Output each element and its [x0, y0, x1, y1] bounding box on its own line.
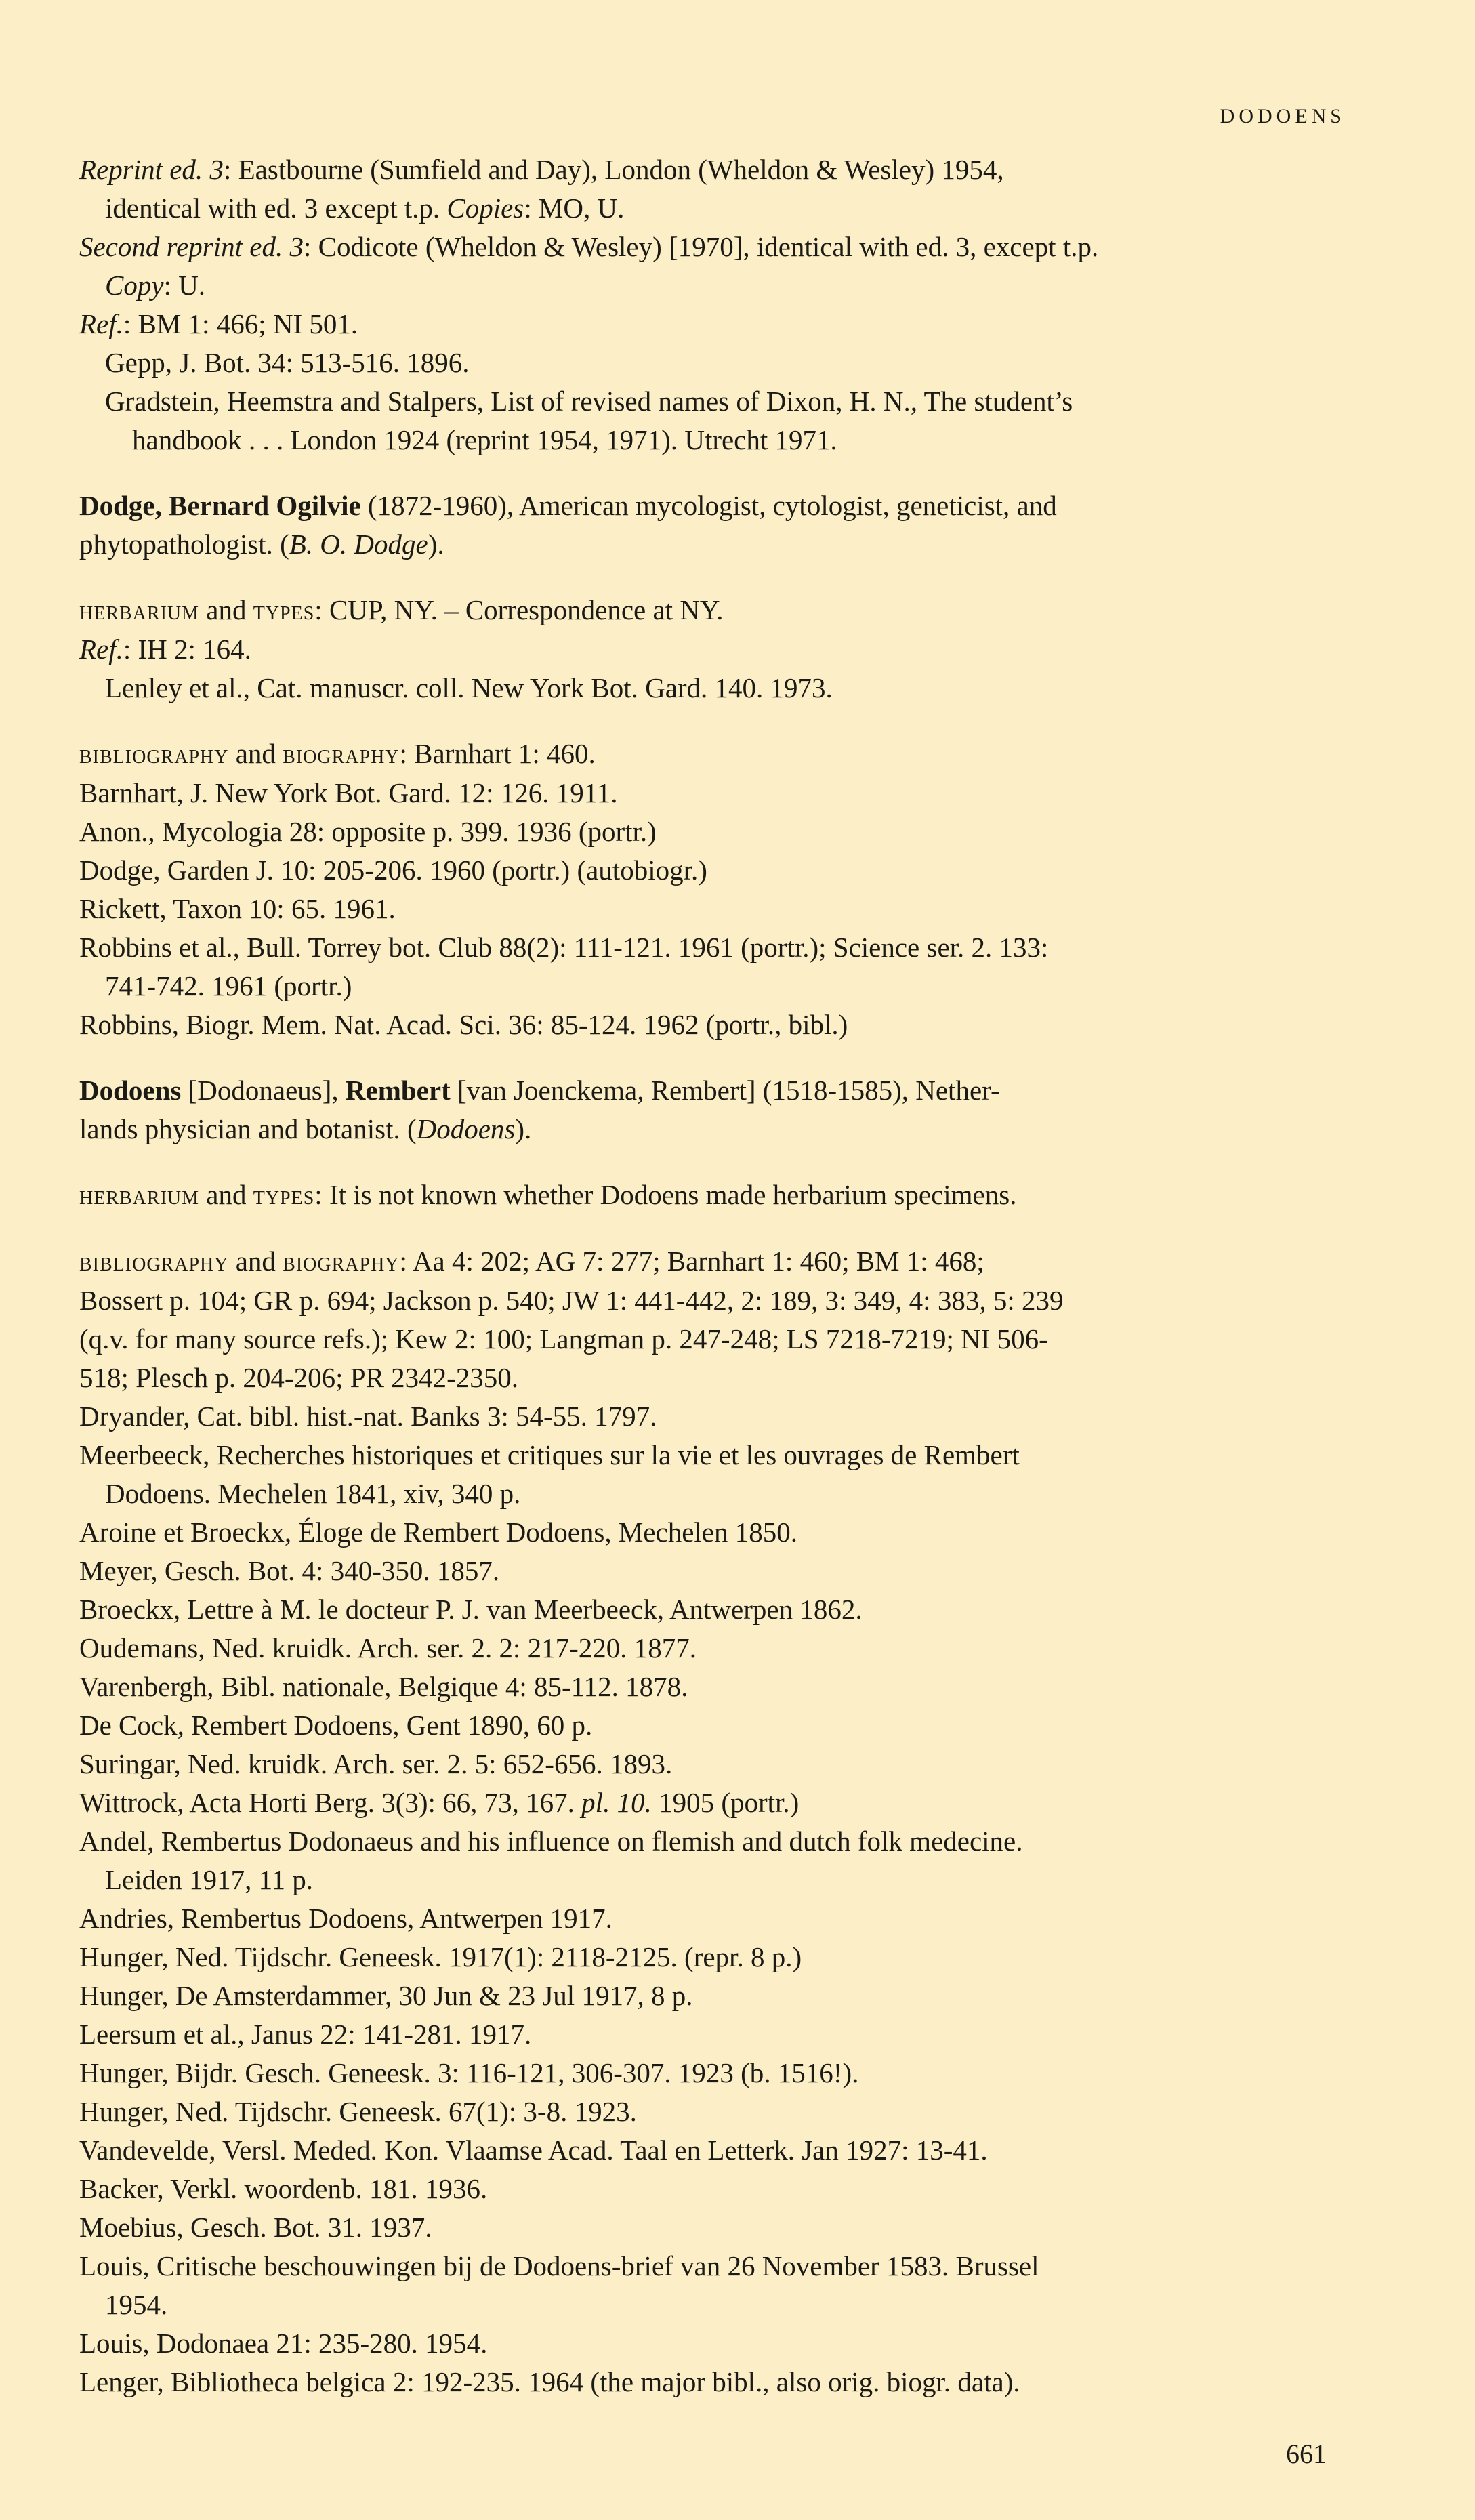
text-line: Barnhart, J. New York Bot. Gard. 12: 126…	[79, 774, 1344, 812]
section-label: bibliography	[79, 1247, 228, 1277]
text-segment: Gepp, J. Bot. 34: 513-516. 1896.	[105, 347, 470, 378]
text-segment: Gradstein, Heemstra and Stalpers, List o…	[105, 386, 1073, 417]
section-label: biography	[283, 739, 399, 769]
text-line: Leiden 1917, 11 p.	[79, 1861, 1344, 1899]
section-label: herbarium	[79, 596, 199, 625]
text-segment: and	[199, 594, 253, 625]
text-line: bibliography and biography: Barnhart 1: …	[79, 735, 1344, 774]
text-line: Moebius, Gesch. Bot. 31. 1937.	[79, 2208, 1344, 2247]
text-segment: : CUP, NY. – Correspondence at NY.	[314, 594, 723, 625]
text-line: Suringar, Ned. kruidk. Arch. ser. 2. 5: …	[79, 1745, 1344, 1783]
paragraph-block: bibliography and biography: Aa 4: 202; A…	[79, 1242, 1344, 2401]
text-segment: : Codicote (Wheldon & Wesley) [1970], id…	[304, 231, 1098, 262]
text-segment: Copy	[105, 270, 164, 301]
text-segment: Andries, Rembertus Dodoens, Antwerpen 19…	[79, 1903, 612, 1934]
text-line: handbook . . . London 1924 (reprint 1954…	[79, 421, 1344, 459]
text-segment: lands physician and botanist. (	[79, 1113, 417, 1144]
text-line: Andries, Rembertus Dodoens, Antwerpen 19…	[79, 1899, 1344, 1938]
text-line: Hunger, De Amsterdammer, 30 Jun & 23 Jul…	[79, 1977, 1344, 2015]
text-segment: Meerbeeck, Recherches historiques et cri…	[79, 1439, 1020, 1470]
text-segment: Rickett, Taxon 10: 65. 1961.	[79, 893, 396, 924]
paragraph-block: herbarium and types: CUP, NY. – Correspo…	[79, 591, 1344, 707]
text-line: Meyer, Gesch. Bot. 4: 340-350. 1857.	[79, 1552, 1344, 1590]
text-line: Broeckx, Lettre à M. le docteur P. J. va…	[79, 1590, 1344, 1629]
text-segment: De Cock, Rembert Dodoens, Gent 1890, 60 …	[79, 1710, 592, 1741]
text-line: Anon., Mycologia 28: opposite p. 399. 19…	[79, 812, 1344, 851]
text-segment: Lenger, Bibliotheca belgica 2: 192-235. …	[79, 2366, 1020, 2397]
text-line: herbarium and types: CUP, NY. – Correspo…	[79, 591, 1344, 630]
text-segment: phytopathologist. (	[79, 529, 289, 560]
text-segment: : It is not known whether Dodoens made h…	[314, 1179, 1016, 1210]
text-segment: Copies	[446, 192, 524, 224]
text-segment: Dryander, Cat. bibl. hist.-nat. Banks 3:…	[79, 1401, 657, 1432]
text-line: Dodoens [Dodonaeus], Rembert [van Joenck…	[79, 1071, 1344, 1110]
text-segment: 741-742. 1961 (portr.)	[105, 970, 352, 1001]
text-segment: Meyer, Gesch. Bot. 4: 340-350. 1857.	[79, 1555, 499, 1586]
text-segment: Reprint ed. 3	[79, 154, 224, 185]
text-line: Dodge, Bernard Ogilvie (1872-1960), Amer…	[79, 487, 1344, 525]
text-segment: Oudemans, Ned. kruidk. Arch. ser. 2. 2: …	[79, 1632, 697, 1664]
text-segment: Bossert p. 104; GR p. 694; Jackson p. 54…	[79, 1285, 1063, 1316]
entry-heading: Dodoens	[79, 1075, 181, 1106]
text-segment: Hunger, Bijdr. Gesch. Geneesk. 3: 116-12…	[79, 2057, 858, 2088]
text-segment: [van Joenckema, Rembert] (1518-1585), Ne…	[451, 1075, 1000, 1106]
text-segment: (1872-1960), American mycologist, cytolo…	[361, 490, 1057, 521]
text-line: identical with ed. 3 except t.p. Copies:…	[79, 189, 1344, 228]
text-line: 1954.	[79, 2286, 1344, 2324]
text-line: De Cock, Rembert Dodoens, Gent 1890, 60 …	[79, 1706, 1344, 1745]
section-label: bibliography	[79, 739, 228, 769]
text-segment: Leersum et al., Janus 22: 141-281. 1917.	[79, 2019, 531, 2050]
text-line: (q.v. for many source refs.); Kew 2: 100…	[79, 1320, 1344, 1359]
text-line: herbarium and types: It is not known whe…	[79, 1176, 1344, 1215]
text-segment: 1954.	[105, 2289, 167, 2320]
text-segment: Robbins, Biogr. Mem. Nat. Acad. Sci. 36:…	[79, 1009, 848, 1040]
text-line: lands physician and botanist. (Dodoens).	[79, 1110, 1344, 1149]
text-segment: Dodoens	[417, 1113, 516, 1144]
paragraph-block: Dodge, Bernard Ogilvie (1872-1960), Amer…	[79, 487, 1344, 564]
text-segment: 1905 (portr.)	[652, 1787, 799, 1818]
text-segment: Dodoens. Mechelen 1841, xiv, 340 p.	[105, 1478, 520, 1509]
text-segment: and	[228, 738, 283, 769]
text-segment: Aroine et Broeckx, Éloge de Rembert Dodo…	[79, 1516, 797, 1548]
text-line: phytopathologist. (B. O. Dodge).	[79, 525, 1344, 564]
text-segment: Robbins et al., Bull. Torrey bot. Club 8…	[79, 932, 1048, 963]
text-segment: : BM 1: 466; NI 501.	[123, 308, 358, 339]
entry-heading: Dodge, Bernard Ogilvie	[79, 490, 361, 521]
text-line: Copy: U.	[79, 266, 1344, 305]
running-head: DODOENS	[1199, 103, 1346, 130]
text-segment: 518; Plesch p. 204-206; PR 2342-2350.	[79, 1362, 518, 1393]
text-line: Hunger, Ned. Tijdschr. Geneesk. 67(1): 3…	[79, 2092, 1344, 2131]
text-segment: ).	[515, 1113, 531, 1144]
text-line: Ref.: BM 1: 466; NI 501.	[79, 305, 1344, 344]
text-segment: Andel, Rembertus Dodonaeus and his influ…	[79, 1825, 1023, 1857]
page-number: 661	[1286, 2438, 1327, 2471]
text-segment: Ref.	[79, 634, 123, 665]
text-segment: Suringar, Ned. kruidk. Arch. ser. 2. 5: …	[79, 1748, 672, 1779]
text-line: Backer, Verkl. woordenb. 181. 1936.	[79, 2170, 1344, 2208]
text-line: Louis, Critische beschouwingen bij de Do…	[79, 2247, 1344, 2286]
text-line: Hunger, Ned. Tijdschr. Geneesk. 1917(1):…	[79, 1938, 1344, 1977]
text-segment: Barnhart, J. New York Bot. Gard. 12: 126…	[79, 777, 618, 808]
text-line: Louis, Dodonaea 21: 235-280. 1954.	[79, 2324, 1344, 2363]
text-segment: : IH 2: 164.	[123, 634, 251, 665]
text-segment: ).	[428, 529, 444, 560]
text-line: Gepp, J. Bot. 34: 513-516. 1896.	[79, 344, 1344, 382]
text-line: Robbins et al., Bull. Torrey bot. Club 8…	[79, 928, 1344, 967]
section-label: types	[253, 1180, 315, 1210]
text-line: Aroine et Broeckx, Éloge de Rembert Dodo…	[79, 1513, 1344, 1552]
text-segment: Louis, Dodonaea 21: 235-280. 1954.	[79, 2328, 487, 2359]
text-segment: pl. 10.	[581, 1787, 652, 1818]
text-segment: Second reprint ed. 3	[79, 231, 304, 262]
text-line: Bossert p. 104; GR p. 694; Jackson p. 54…	[79, 1281, 1344, 1320]
text-line: Reprint ed. 3: Eastbourne (Sumfield and …	[79, 150, 1344, 189]
text-segment: Louis, Critische beschouwingen bij de Do…	[79, 2250, 1039, 2281]
text-line: Leersum et al., Janus 22: 141-281. 1917.	[79, 2015, 1344, 2054]
text-line: Rickett, Taxon 10: 65. 1961.	[79, 890, 1344, 928]
section-label: biography	[283, 1247, 399, 1277]
text-line: Second reprint ed. 3: Codicote (Wheldon …	[79, 228, 1344, 266]
paragraph-block: Reprint ed. 3: Eastbourne (Sumfield and …	[79, 150, 1344, 459]
entry-heading: Rembert	[346, 1075, 451, 1106]
text-segment: B. O. Dodge	[289, 529, 428, 560]
text-line: Lenley et al., Cat. manuscr. coll. New Y…	[79, 669, 1344, 707]
paragraph-block: Dodoens [Dodonaeus], Rembert [van Joenck…	[79, 1071, 1344, 1149]
text-segment: Varenbergh, Bibl. nationale, Belgique 4:…	[79, 1671, 688, 1702]
text-line: Andel, Rembertus Dodonaeus and his influ…	[79, 1822, 1344, 1861]
text-segment: (q.v. for many source refs.); Kew 2: 100…	[79, 1323, 1048, 1355]
text-segment: identical with ed. 3 except t.p.	[105, 192, 446, 224]
paragraph-block: herbarium and types: It is not known whe…	[79, 1176, 1344, 1215]
text-segment: : Eastbourne (Sumfield and Day), London …	[224, 154, 1004, 185]
text-line: Wittrock, Acta Horti Berg. 3(3): 66, 73,…	[79, 1783, 1344, 1822]
text-segment: and	[228, 1245, 283, 1277]
text-segment: : U.	[164, 270, 206, 301]
text-segment: Wittrock, Acta Horti Berg. 3(3): 66, 73,…	[79, 1787, 581, 1818]
section-label: herbarium	[79, 1180, 199, 1210]
text-line: Dodge, Garden J. 10: 205-206. 1960 (port…	[79, 851, 1344, 890]
text-segment: Dodge, Garden J. 10: 205-206. 1960 (port…	[79, 854, 707, 886]
text-segment: Moebius, Gesch. Bot. 31. 1937.	[79, 2212, 432, 2243]
text-segment: Anon., Mycologia 28: opposite p. 399. 19…	[79, 816, 657, 847]
text-line: Oudemans, Ned. kruidk. Arch. ser. 2. 2: …	[79, 1629, 1344, 1668]
text-line: Hunger, Bijdr. Gesch. Geneesk. 3: 116-12…	[79, 2054, 1344, 2092]
text-segment: Hunger, De Amsterdammer, 30 Jun & 23 Jul…	[79, 1980, 692, 2011]
text-segment: Ref.	[79, 308, 123, 339]
paragraph-block: bibliography and biography: Barnhart 1: …	[79, 735, 1344, 1044]
text-segment: Vandevelde, Versl. Meded. Kon. Vlaamse A…	[79, 2134, 988, 2166]
text-segment: Backer, Verkl. woordenb. 181. 1936.	[79, 2173, 487, 2204]
text-line: Lenger, Bibliotheca belgica 2: 192-235. …	[79, 2363, 1344, 2401]
text-line: Gradstein, Heemstra and Stalpers, List o…	[79, 382, 1344, 421]
text-line: 518; Plesch p. 204-206; PR 2342-2350.	[79, 1359, 1344, 1397]
text-line: Meerbeeck, Recherches historiques et cri…	[79, 1436, 1344, 1474]
text-segment: Hunger, Ned. Tijdschr. Geneesk. 1917(1):…	[79, 1941, 802, 1972]
text-line: Robbins, Biogr. Mem. Nat. Acad. Sci. 36:…	[79, 1006, 1344, 1044]
text-segment: handbook . . . London 1924 (reprint 1954…	[132, 424, 837, 455]
text-line: bibliography and biography: Aa 4: 202; A…	[79, 1242, 1344, 1281]
text-segment: and	[199, 1179, 253, 1210]
text-line: Varenbergh, Bibl. nationale, Belgique 4:…	[79, 1668, 1344, 1706]
text-segment: Hunger, Ned. Tijdschr. Geneesk. 67(1): 3…	[79, 2096, 637, 2127]
text-segment: : Aa 4: 202; AG 7: 277; Barnhart 1: 460;…	[400, 1245, 984, 1277]
text-line: Vandevelde, Versl. Meded. Kon. Vlaamse A…	[79, 2131, 1344, 2170]
text-segment: Leiden 1917, 11 p.	[105, 1864, 313, 1895]
text-segment: : Barnhart 1: 460.	[400, 738, 596, 769]
text-segment: : MO, U.	[524, 192, 624, 224]
text-segment: Broeckx, Lettre à M. le docteur P. J. va…	[79, 1594, 863, 1625]
text-line: 741-742. 1961 (portr.)	[79, 967, 1344, 1006]
section-label: types	[253, 596, 315, 625]
text-segment: [Dodonaeus],	[181, 1075, 346, 1106]
text-segment: Lenley et al., Cat. manuscr. coll. New Y…	[105, 672, 833, 703]
text-column: Reprint ed. 3: Eastbourne (Sumfield and …	[79, 150, 1344, 2401]
text-line: Ref.: IH 2: 164.	[79, 630, 1344, 669]
text-line: Dodoens. Mechelen 1841, xiv, 340 p.	[79, 1474, 1344, 1513]
text-line: Dryander, Cat. bibl. hist.-nat. Banks 3:…	[79, 1397, 1344, 1436]
